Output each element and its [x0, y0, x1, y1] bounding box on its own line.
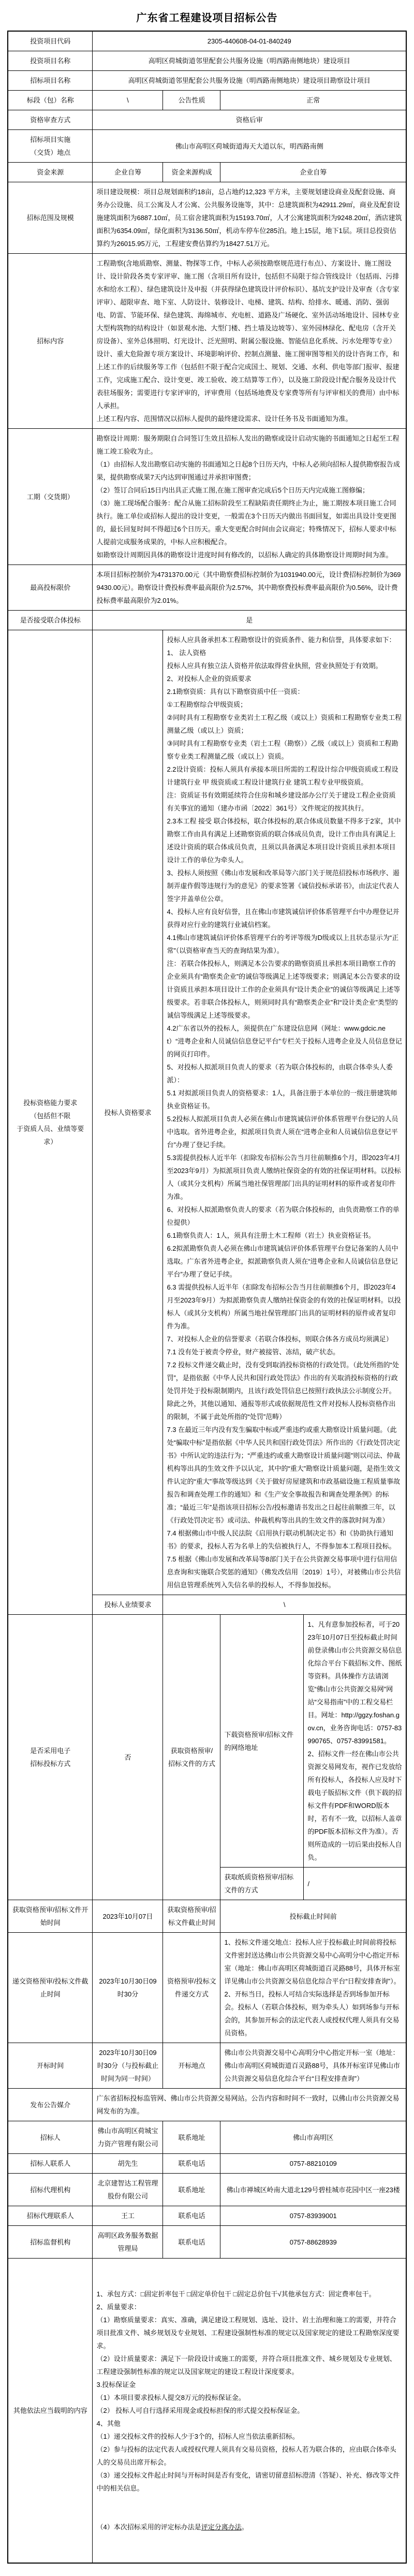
- table-row: 投资项目名称 高明区荷城街道邻里配套公共服务设施（明西路南侧地块）建设项目: [8, 51, 406, 71]
- table-row: 标段（包）名称 \ 公告性质 正常: [8, 91, 406, 110]
- table-row: 投资项目代码 2305-440608-04-01-840249: [8, 31, 406, 51]
- bid-opening-time-value: 2023年10月30日09时30分（与投标截止时间为同一时间）: [93, 2043, 163, 2089]
- agency-address-value: 佛山市禅城区岭南大道北129号碧桂城市花园中区一座23楼: [220, 2174, 406, 2206]
- row-label-agency-address: 联系地址: [163, 2174, 220, 2206]
- row-label-delivery-location: 招标项目实施 （交货）地点: [8, 130, 93, 163]
- consortium-value: 是: [93, 611, 406, 630]
- row-label-agency: 招标代理机构: [8, 2174, 93, 2206]
- obtain-deadline-value: 投标截止时间前: [220, 1900, 406, 1933]
- row-label-download-address: 下载资格预审/招标文件的网络地址: [220, 1615, 304, 1868]
- other-content-cell: 1、承包方式：□固定折率包干 □固定单价包干 □固定总价包干√其他承包方式：固定…: [93, 2259, 406, 2564]
- section-name-value: \: [93, 91, 163, 110]
- row-label-investment-name: 投资项目名称: [8, 51, 93, 71]
- row-label-other-content: 其他依法应当载明的内容: [8, 2259, 93, 2564]
- table-row: 招标内容 工程勘察(含地质勘察、测量、物探等工作，中标人必须按勘察规范进行布点）…: [8, 254, 406, 429]
- row-label-investment-code: 投资项目代码: [8, 31, 93, 51]
- row-label-tender-content: 招标内容: [8, 254, 93, 429]
- table-row: 招标项目实施 （交货）地点 佛山市高明区荷城街道海天大道以东，明西路南侧: [8, 130, 406, 163]
- bidder-track-record-value: \: [163, 1595, 406, 1615]
- table-row: 资金来源 企业自筹 资金来源构成 企业自筹: [8, 163, 406, 182]
- row-label-tender-name: 招标项目名称: [8, 71, 93, 91]
- scope-value: 项目建设规模：项目总规划面积约18亩，总占地约12,323 平方米，主要规划建设…: [93, 182, 406, 254]
- electronic-bidding-value: 否: [93, 1615, 163, 1900]
- row-label-bid-opening-time: 开标时间: [8, 2043, 93, 2089]
- funding-source-value: 企业自筹: [93, 163, 163, 182]
- tender-name-value: 高明区荷城街道邻里配套公共服务设施（明西路南侧地块）建设项目勘察设计项目: [93, 71, 406, 91]
- agency-value: 北京建智达工程管理股份有限公司: [93, 2174, 163, 2206]
- row-label-bid-opening-place: 开标地点: [163, 2043, 220, 2089]
- evaluation-method-name: 评定分离办法: [201, 2523, 242, 2531]
- table-row: 招标人 佛山市高明区荷城宝力资产管理有限公司 联系地址 佛山市高明区: [8, 2121, 406, 2154]
- agency-contact-value: 王工: [93, 2206, 163, 2226]
- funding-composition-value: 企业自筹: [220, 163, 406, 182]
- delivery-location-value: 佛山市高明区荷城街道海天大道以东，明西路南侧: [93, 130, 406, 163]
- table-row: 最高投标限价 本项目招标控制价为4731370.00元（其中勘察费招标控制价为1…: [8, 565, 406, 611]
- row-label-section-name: 标段（包）名称: [8, 91, 93, 110]
- row-label-agency-contact: 招标代理联系人: [8, 2206, 93, 2226]
- table-row: 投标资格能力要求 （包括但不限 于资质人员、业绩等要 求） 投标人资格要求 投标…: [8, 630, 406, 1595]
- row-label-obtain-start-time: 获取资格预审/招标文件开始时间: [8, 1900, 93, 1933]
- row-label-supervisor-phone: 联系电话: [163, 2226, 220, 2259]
- row-label-agency-phone: 联系电话: [163, 2206, 220, 2226]
- row-label-obtain-deadline: 获取资格预审/招标文件截止时间: [163, 1900, 220, 1933]
- row-label-tenderee-phone: 联系电话: [163, 2154, 220, 2174]
- download-address-value: 1、凡有意参加投标者，可于2023年10月07日至投标截止时间前登录佛山市公共资…: [304, 1615, 406, 1868]
- submission-method-value: 1、投标文件递交地点：投标人应于投标截止时间前将投标文件密封送达佛山市公共资源交…: [220, 1933, 406, 2043]
- bidder-qualification-value: 投标人应具备承担本工程勘察设计的资质条件、能力和信誉，具体要求如下： 1、 法人…: [163, 630, 406, 1595]
- tender-announcement-page: 广东省工程建设项目招标公告 投资项目代码 2305-440608-04-01-8…: [0, 0, 414, 2576]
- table-row: 工期（交货期） 勘察设计周期：服务期限自合同签订生效且招标人发出的勘察或设计启动…: [8, 429, 406, 565]
- row-label-paper-documents-method: 获取纸质资格预审/招标文件的方式: [220, 1868, 304, 1900]
- table-row: 开标时间 2023年10月30日09时30分（与投标截止时间为同一时间） 开标地…: [8, 2043, 406, 2089]
- table-row: 发布公告媒介 广东省招标投标监管网、佛山市公共资源交易网站。公告内容和时间不一致…: [8, 2089, 406, 2121]
- evaluation-method-suffix: 。: [242, 2523, 248, 2531]
- table-row: 其他依法应当载明的内容 1、承包方式：□固定折率包干 □固定单价包干 □固定总价…: [8, 2259, 406, 2564]
- row-label-consortium: 是否接受联合体投标: [8, 611, 93, 630]
- row-label-funding-source: 资金来源: [8, 163, 93, 182]
- obtain-start-time-value: 2023年10月07日: [93, 1900, 163, 1933]
- row-label-tenderee-contact: 招标人联系人: [8, 2154, 93, 2174]
- page-title: 广东省工程建设项目招标公告: [0, 9, 414, 24]
- row-label-funding-composition: 资金来源构成: [163, 163, 220, 182]
- row-label-bidder-qualification: 投标人资格要求: [93, 630, 163, 1595]
- table-row: 是否接受联合体投标 是: [8, 611, 406, 630]
- table-row: 是否采用电子 招标投标方式 否 获取资格预审/ 招标文件的方式 下载资格预审/招…: [8, 1615, 406, 1868]
- tenderee-contact-value: 胡先生: [93, 2154, 163, 2174]
- table-row: 递交资格预审/投标文件截止时间 2023年10月30日09时30分 资格预审/投…: [8, 1933, 406, 2043]
- row-label-tenderee-address: 联系地址: [163, 2121, 220, 2154]
- investment-name-value: 高明区荷城街道邻里配套公共服务设施（明西路南侧地块）建设项目: [93, 51, 406, 71]
- row-label-supervisor: 招标监督机构: [8, 2226, 93, 2259]
- qualification-review-value: 资格后审: [93, 110, 406, 130]
- tenderee-value: 佛山市高明区荷城宝力资产管理有限公司: [93, 2121, 163, 2154]
- agency-phone-value: 0757-83939001: [220, 2206, 406, 2226]
- bid-opening-place-value: 佛山市公共资源交易中心高明分中心指定开标一室（地址：佛山市高明区荷城街道百灵路8…: [220, 2043, 406, 2089]
- duration-value: 勘察设计周期：服务期限自合同签订生效且招标人发出的勘察或设计启动实施的书面通知之…: [93, 429, 406, 565]
- tender-content-value: 工程勘察(含地质勘察、测量、物探等工作，中标人必须按勘察规范进行布点）、方案设计…: [93, 254, 406, 429]
- row-label-max-bid-price: 最高投标限价: [8, 565, 93, 611]
- row-label-scope: 招标范围及规模: [8, 182, 93, 254]
- row-label-obtain-documents-method: 获取资格预审/ 招标文件的方式: [163, 1615, 220, 1900]
- tender-table: 投资项目代码 2305-440608-04-01-840249 投资项目名称 高…: [7, 31, 407, 2564]
- tenderee-phone-value: 0757-88210109: [220, 2154, 406, 2174]
- paper-documents-method-value: /: [304, 1868, 406, 1900]
- announcement-media-value: 广东省招标投标监管网、佛山市公共资源交易网站。公告内容和时间不一致时，以佛山市公…: [93, 2089, 406, 2121]
- row-label-bidder-track-record: 投标人业绩要求: [93, 1595, 163, 1615]
- evaluation-method-prefix: （4）本次招标采用的评定标办法是: [96, 2523, 201, 2531]
- submission-deadline-value: 2023年10月30日09时30分: [93, 1933, 163, 2043]
- investment-code-value: 2305-440608-04-01-840249: [93, 31, 406, 51]
- table-row: 资格审查方式 资格后审: [8, 110, 406, 130]
- row-label-submission-deadline: 递交资格预审/投标文件截止时间: [8, 1933, 93, 2043]
- table-row: 招标代理机构 北京建智达工程管理股份有限公司 联系地址 佛山市禅城区岭南大道北1…: [8, 2174, 406, 2206]
- supervisor-value: 高明区政务服务数据管理局: [93, 2226, 163, 2259]
- table-row: 招标监督机构 高明区政务服务数据管理局 联系电话 0757-88628939: [8, 2226, 406, 2259]
- tenderee-address-value: 佛山市高明区: [220, 2121, 406, 2154]
- row-label-notice-nature: 公告性质: [163, 91, 220, 110]
- table-row: 招标代理联系人 王工 联系电话 0757-83939001: [8, 2206, 406, 2226]
- notice-nature-value: 正常: [220, 91, 406, 110]
- table-row: 获取资格预审/招标文件开始时间 2023年10月07日 获取资格预审/招标文件截…: [8, 1900, 406, 1933]
- row-label-tenderee: 招标人: [8, 2121, 93, 2154]
- row-label-submission-method: 资格预审/投标文件递交方式: [163, 1933, 220, 2043]
- supervisor-phone-value: 0757-88628939: [220, 2226, 406, 2259]
- table-row: 招标人联系人 胡先生 联系电话 0757-88210109: [8, 2154, 406, 2174]
- max-bid-price-value: 本项目招标控制价为4731370.00元（其中勘察费招标控制价为1031940.…: [93, 565, 406, 611]
- other-content-value: 1、承包方式：□固定折率包干 □固定单价包干 □固定总价包干√其他承包方式：固定…: [96, 2288, 402, 2495]
- row-label-announcement-media: 发布公告媒介: [8, 2089, 93, 2121]
- row-label-bidder-capability: 投标资格能力要求 （包括但不限 于资质人员、业绩等要 求）: [8, 630, 93, 1615]
- table-row: 招标范围及规模 项目建设规模：项目总规划面积约18亩，总占地约12,323 平方…: [8, 182, 406, 254]
- row-label-qualification-review: 资格审查方式: [8, 110, 93, 130]
- table-row: 招标项目名称 高明区荷城街道邻里配套公共服务设施（明西路南侧地块）建设项目勘察设…: [8, 71, 406, 91]
- row-label-duration: 工期（交货期）: [8, 429, 93, 565]
- other-content-final-line: （4）本次招标采用的评定标办法是评定分离办法。: [96, 2521, 402, 2534]
- row-label-electronic-bidding: 是否采用电子 招标投标方式: [8, 1615, 93, 1900]
